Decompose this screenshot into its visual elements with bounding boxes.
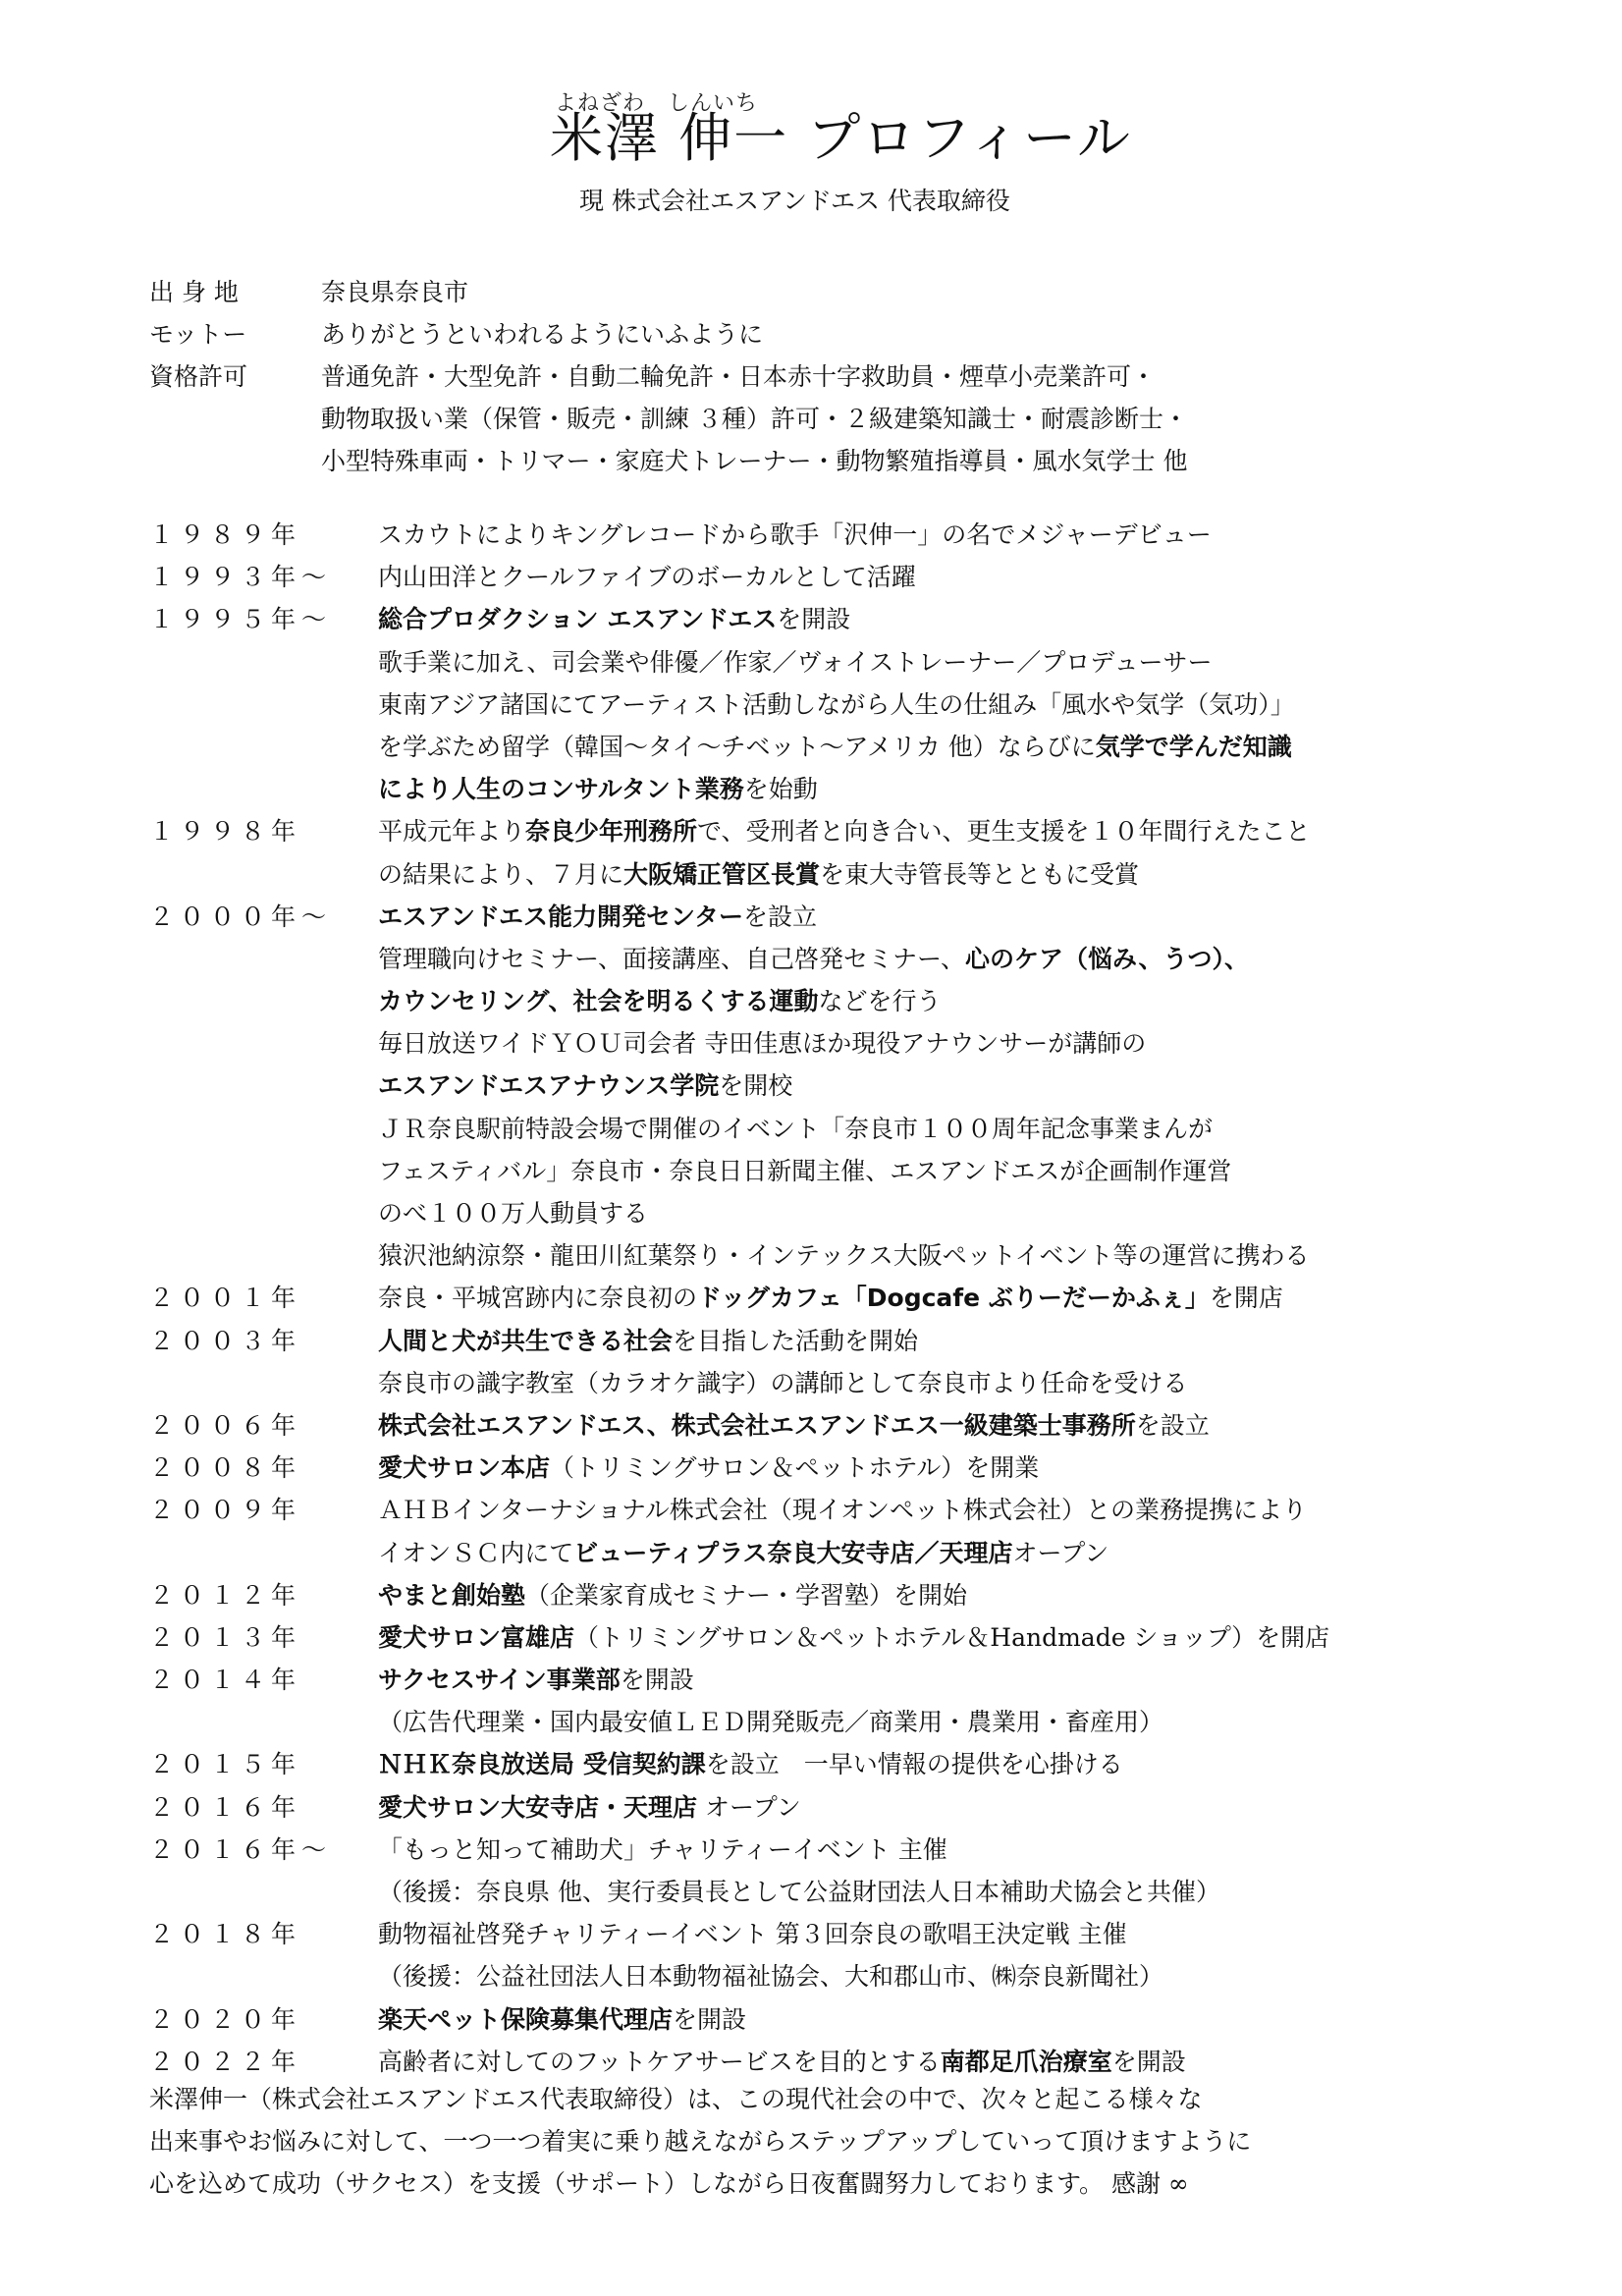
timeline-year: １９８９年	[149, 514, 378, 556]
body-text: を設立	[1136, 1411, 1210, 1440]
timeline-text: フェスティバル」奈良市・奈良日日新聞主催、エスアンドエスが企画制作運営	[378, 1150, 1231, 1192]
body-text: 東南アジア諸国にてアーティスト活動しながら人生の仕組み「風水や気学（気功）」	[378, 690, 1295, 719]
timeline-year	[149, 1871, 378, 1913]
timeline-row: ２００６年株式会社エスアンドエス、株式会社エスアンドエス一級建築士事務所を設立	[149, 1404, 1524, 1447]
timeline-row: のべ１００万人動員する	[149, 1192, 1524, 1234]
highlight-text: エスアンドエスアナウンス学院	[378, 1071, 719, 1100]
footer-line: 心を込めて成功（サクセス）を支援（サポート）しながら日夜奮闘努力しております。 …	[149, 2162, 1251, 2205]
body-text: を始動	[744, 775, 818, 803]
info-label	[149, 440, 321, 482]
body-text: 毎日放送ワイドＹＯＵ司会者 寺田佳恵ほか現役アナウンサーが講師の	[378, 1029, 1146, 1058]
timeline-year: １９９３年～	[149, 556, 378, 598]
body-text: のべ１００万人動員する	[378, 1199, 648, 1228]
timeline-text: 総合プロダクション エスアンドエスを開設	[378, 598, 850, 640]
highlight-text: により人生のコンサルタント業務	[378, 775, 744, 803]
body-text: を開設	[777, 605, 850, 633]
timeline-row: の結果により、７月に大阪矯正管区長賞を東大寺管長等とともに受賞	[149, 853, 1524, 896]
body-text: 奈良・平城宮跡内に奈良初の	[378, 1284, 697, 1312]
timeline-row: 歌手業に加え、司会業や俳優／作家／ヴォイストレーナー／プロデューサー	[149, 641, 1524, 683]
highlight-text: 愛犬サロン本店	[378, 1453, 550, 1482]
timeline-row: 東南アジア諸国にてアーティスト活動しながら人生の仕組み「風水や気学（気功）」	[149, 683, 1524, 726]
body-text: を設立	[743, 902, 817, 931]
timeline-text: イオンＳＣ内にてビューティプラス奈良大安寺店／天理店オープン	[378, 1532, 1108, 1574]
timeline-row: エスアンドエスアナウンス学院を開校	[149, 1065, 1524, 1107]
timeline-text: 奈良市の識字教室（カラオケ識字）の講師として奈良市より任命を受ける	[378, 1362, 1188, 1404]
body-text: （後援：公益社団法人日本動物福祉協会、大和郡山市、㈱奈良新聞社）	[378, 1962, 1163, 1991]
timeline-row: １９９５年～総合プロダクション エスアンドエスを開設	[149, 598, 1524, 640]
timeline-year: ２０１４年	[149, 1659, 378, 1701]
timeline-year	[149, 1065, 378, 1107]
highlight-text: やまと創始塾	[378, 1581, 525, 1610]
timeline-year: ２０１２年	[149, 1574, 378, 1616]
body-text: 歌手業に加え、司会業や俳優／作家／ヴォイストレーナー／プロデューサー	[378, 648, 1213, 677]
body-text: を東大寺管長等とともに受賞	[820, 860, 1139, 889]
timeline-text: 愛犬サロン富雄店（トリミングサロン＆ペットホテル＆Handmade ショップ）を…	[378, 1616, 1329, 1659]
timeline-text: の結果により、７月に大阪矯正管区長賞を東大寺管長等とともに受賞	[378, 853, 1139, 896]
body-text: （トリミングサロン＆ペットホテル）を開業	[550, 1453, 1039, 1482]
timeline-year	[149, 980, 378, 1022]
highlight-text: 気学で学んだ知識	[1096, 733, 1292, 761]
timeline-row: ２０２０年楽天ペット保険募集代理店を開設	[149, 1998, 1524, 2041]
timeline-row: ２０２２年高齢者に対してのフットケアサービスを目的とする南都足爪治療室を開設	[149, 2041, 1524, 2083]
timeline-row: ２００８年愛犬サロン本店（トリミングサロン＆ペットホテル）を開業	[149, 1447, 1524, 1489]
body-text: を開設	[621, 1666, 694, 1694]
timeline-text: やまと創始塾（企業家育成セミナー・学習塾）を開始	[378, 1574, 967, 1616]
body-text: 動物福祉啓発チャリティーイベント 第３回奈良の歌唱王決定戦 主催	[378, 1920, 1127, 1948]
body-text: ＡＨＢインターナショナル株式会社（現イオンペット株式会社）との業務提携により	[378, 1496, 1307, 1524]
body-text: オープン	[1013, 1539, 1109, 1567]
timeline-row: （広告代理業・国内最安値ＬＥＤ開発販売／商業用・農業用・畜産用）	[149, 1701, 1524, 1743]
timeline-year	[149, 1192, 378, 1234]
career-timeline: １９８９年スカウトによりキングレコードから歌手「沢伸一」の名でメジャーデビュー１…	[149, 514, 1524, 2083]
timeline-row: を学ぶため留学（韓国～タイ～チベット～アメリカ 他）ならびに気学で学んだ知識	[149, 726, 1524, 768]
timeline-row: （後援：公益社団法人日本動物福祉協会、大和郡山市、㈱奈良新聞社）	[149, 1955, 1524, 1997]
info-label	[149, 398, 321, 440]
body-text: ＪＲ奈良駅前特設会場で開催のイベント「奈良市１００周年記念事業まんが	[378, 1115, 1213, 1143]
footer-line: 出来事やお悩みに対して、一つ一つ着実に乗り越えながらステップアップしていって頂け…	[149, 2120, 1251, 2162]
timeline-row: ２０１４年サクセスサイン事業部を開設	[149, 1659, 1524, 1701]
timeline-text: サクセスサイン事業部を開設	[378, 1659, 694, 1701]
body-text: を開設	[673, 2005, 746, 2034]
body-text: 管理職向けセミナー、面接講座、自己啓発セミナー、	[378, 945, 965, 973]
body-text: フェスティバル」奈良市・奈良日日新聞主催、エスアンドエスが企画制作運営	[378, 1157, 1231, 1185]
info-row: 動物取扱い業（保管・販売・訓練 ３種）許可・２級建築知識士・耐震診断士・	[149, 398, 1188, 440]
info-value: 小型特殊車両・トリマー・家庭犬トレーナー・動物繁殖指導員・風水気学士 他	[321, 440, 1187, 482]
info-row: モットーありがとうといわれるようにいふように	[149, 313, 1188, 355]
highlight-text: カウンセリング、社会を明るくする運動	[378, 987, 819, 1015]
timeline-text: を学ぶため留学（韓国～タイ～チベット～アメリカ 他）ならびに気学で学んだ知識	[378, 726, 1292, 768]
timeline-text: 愛犬サロン本店（トリミングサロン＆ペットホテル）を開業	[378, 1447, 1039, 1489]
timeline-text: 楽天ペット保険募集代理店を開設	[378, 1998, 746, 2041]
timeline-row: １９９３年～内山田洋とクールファイブのボーカルとして活躍	[149, 556, 1524, 598]
timeline-text: カウンセリング、社会を明るくする運動などを行う	[378, 980, 942, 1022]
info-value: 動物取扱い業（保管・販売・訓練 ３種）許可・２級建築知識士・耐震診断士・	[321, 398, 1188, 440]
body-text: イオンＳＣ内にて	[378, 1539, 573, 1567]
timeline-row: １９８９年スカウトによりキングレコードから歌手「沢伸一」の名でメジャーデビュー	[149, 514, 1524, 556]
info-row: 小型特殊車両・トリマー・家庭犬トレーナー・動物繁殖指導員・風水気学士 他	[149, 440, 1188, 482]
timeline-row: ２０１６年愛犬サロン大安寺店・天理店 オープン	[149, 1786, 1524, 1829]
timeline-year	[149, 1532, 378, 1574]
highlight-text: ビューティプラス奈良大安寺店／天理店	[573, 1539, 1012, 1567]
timeline-year: ２００６年	[149, 1404, 378, 1447]
highlight-text: ドッグカフェ「Dogcafe ぶりーだーかふぇ」	[697, 1284, 1210, 1312]
info-row: 出 身 地奈良県奈良市	[149, 271, 1188, 313]
profile-document: よねざわ しんいち 米澤 伸一 プロフィール 現 株式会社エスアンドエス 代表取…	[0, 0, 1622, 2296]
timeline-text: ＡＨＢインターナショナル株式会社（現イオンペット株式会社）との業務提携により	[378, 1489, 1307, 1531]
timeline-text: のべ１００万人動員する	[378, 1192, 648, 1234]
timeline-row: 管理職向けセミナー、面接講座、自己啓発セミナー、心のケア（悩み、うつ）、	[149, 938, 1524, 980]
timeline-year: １９９５年～	[149, 598, 378, 640]
highlight-text: ＮＨＫ奈良放送局 受信契約課	[378, 1750, 706, 1778]
timeline-row: ２０１８年動物福祉啓発チャリティーイベント 第３回奈良の歌唱王決定戦 主催	[149, 1913, 1524, 1955]
timeline-text: ＮＨＫ奈良放送局 受信契約課を設立 一早い情報の提供を心掛ける	[378, 1743, 1123, 1785]
highlight-text: 奈良少年刑務所	[525, 817, 697, 846]
body-text: 猿沢池納涼祭・龍田川紅葉祭り・インテックス大阪ペットイベント等の運営に携わる	[378, 1241, 1310, 1270]
timeline-text: 歌手業に加え、司会業や俳優／作家／ヴォイストレーナー／プロデューサー	[378, 641, 1213, 683]
timeline-text: エスアンドエスアナウンス学院を開校	[378, 1065, 792, 1107]
current-position: 現 株式会社エスアンドエス 代表取締役	[579, 185, 1010, 218]
body-text: を開設	[1112, 2048, 1186, 2076]
timeline-year: ２０１５年	[149, 1743, 378, 1785]
timeline-year: ２００３年	[149, 1320, 378, 1362]
highlight-text: 人間と犬が共生できる社会	[378, 1327, 673, 1355]
highlight-text: 株式会社エスアンドエス、株式会社エスアンドエス一級建築士事務所	[378, 1411, 1136, 1440]
timeline-text: 高齢者に対してのフットケアサービスを目的とする南都足爪治療室を開設	[378, 2041, 1186, 2083]
timeline-text: （後援：公益社団法人日本動物福祉協会、大和郡山市、㈱奈良新聞社）	[378, 1955, 1163, 1997]
timeline-row: ２０１６年～「もっと知って補助犬」チャリティーイベント 主催	[149, 1829, 1524, 1871]
closing-statement: 米澤伸一（株式会社エスアンドエス代表取締役）は、この現代社会の中で、次々と起こる…	[149, 2078, 1251, 2205]
info-label: モットー	[149, 313, 321, 355]
info-label: 資格許可	[149, 355, 321, 398]
timeline-text: ＪＲ奈良駅前特設会場で開催のイベント「奈良市１００周年記念事業まんが	[378, 1108, 1213, 1150]
timeline-year	[149, 1022, 378, 1065]
timeline-year: ２０１６年	[149, 1786, 378, 1829]
timeline-row: ２０１３年愛犬サロン富雄店（トリミングサロン＆ペットホテル＆Handmade シ…	[149, 1616, 1524, 1659]
highlight-text: 愛犬サロン富雄店	[378, 1623, 574, 1652]
timeline-year	[149, 853, 378, 896]
body-text: を目指した活動を開始	[673, 1327, 918, 1355]
info-value: ありがとうといわれるようにいふように	[321, 313, 763, 355]
body-text: を設立 一早い情報の提供を心掛ける	[706, 1750, 1123, 1778]
timeline-row: 奈良市の識字教室（カラオケ識字）の講師として奈良市より任命を受ける	[149, 1362, 1524, 1404]
timeline-year: ２０２０年	[149, 1998, 378, 2041]
highlight-text: サクセスサイン事業部	[378, 1666, 621, 1694]
timeline-year	[149, 1362, 378, 1404]
timeline-text: （広告代理業・国内最安値ＬＥＤ開発販売／商業用・農業用・畜産用）	[378, 1701, 1163, 1743]
timeline-text: 株式会社エスアンドエス、株式会社エスアンドエス一級建築士事務所を設立	[378, 1404, 1210, 1447]
info-value: 普通免許・大型免許・自動二輪免許・日本赤十字救助員・煙草小売業許可・	[321, 355, 1156, 398]
timeline-year: ２０１６年～	[149, 1829, 378, 1871]
timeline-row: ２００１年奈良・平城宮跡内に奈良初のドッグカフェ「Dogcafe ぶりーだーかふ…	[149, 1277, 1524, 1319]
body-text: （後援：奈良県 他、実行委員長として公益財団法人日本補助犬協会と共催）	[378, 1878, 1220, 1906]
timeline-year: １９９８年	[149, 810, 378, 852]
timeline-year	[149, 1234, 378, 1277]
timeline-text: 「もっと知って補助犬」チャリティーイベント 主催	[378, 1829, 947, 1871]
highlight-text: エスアンドエス能力開発センター	[378, 902, 743, 931]
timeline-text: 東南アジア諸国にてアーティスト活動しながら人生の仕組み「風水や気学（気功）」	[378, 683, 1295, 726]
timeline-row: （後援：奈良県 他、実行委員長として公益財団法人日本補助犬協会と共催）	[149, 1871, 1524, 1913]
highlight-text: 楽天ペット保険募集代理店	[378, 2005, 673, 2034]
timeline-year	[149, 1955, 378, 1997]
timeline-year	[149, 1150, 378, 1192]
timeline-row: ２０１２年やまと創始塾（企業家育成セミナー・学習塾）を開始	[149, 1574, 1524, 1616]
timeline-text: 猿沢池納涼祭・龍田川紅葉祭り・インテックス大阪ペットイベント等の運営に携わる	[378, 1234, 1310, 1277]
info-row: 資格許可普通免許・大型免許・自動二輪免許・日本赤十字救助員・煙草小売業許可・	[149, 355, 1188, 398]
timeline-text: 内山田洋とクールファイブのボーカルとして活躍	[378, 556, 916, 598]
highlight-text: 総合プロダクション エスアンドエス	[378, 605, 777, 633]
timeline-text: 愛犬サロン大安寺店・天理店 オープン	[378, 1786, 801, 1829]
highlight-text: 大阪矯正管区長賞	[623, 860, 820, 889]
timeline-year	[149, 768, 378, 810]
timeline-text: により人生のコンサルタント業務を始動	[378, 768, 818, 810]
timeline-text: 毎日放送ワイドＹＯＵ司会者 寺田佳恵ほか現役アナウンサーが講師の	[378, 1022, 1146, 1065]
body-text: で、受刑者と向き合い、更生支援を１０年間行えたこと	[697, 817, 1311, 846]
personal-info: 出 身 地奈良県奈良市モットーありがとうといわれるようにいふように資格許可普通免…	[149, 271, 1188, 482]
body-text: オープン	[697, 1793, 801, 1822]
body-text: （トリミングサロン＆ペットホテル＆Handmade ショップ）を開店	[574, 1623, 1329, 1652]
highlight-text: 心のケア（悩み、うつ）、	[965, 945, 1249, 973]
timeline-text: 奈良・平城宮跡内に奈良初のドッグカフェ「Dogcafe ぶりーだーかふぇ」を開店	[378, 1277, 1283, 1319]
timeline-year	[149, 683, 378, 726]
timeline-year	[149, 641, 378, 683]
highlight-text: 南都足爪治療室	[941, 2048, 1112, 2076]
body-text: の結果により、７月に	[378, 860, 623, 889]
body-text: 奈良市の識字教室（カラオケ識字）の講師として奈良市より任命を受ける	[378, 1369, 1188, 1397]
timeline-year: ２００９年	[149, 1489, 378, 1531]
timeline-year: ２０２２年	[149, 2041, 378, 2083]
timeline-row: フェスティバル」奈良市・奈良日日新聞主催、エスアンドエスが企画制作運営	[149, 1150, 1524, 1192]
info-value: 奈良県奈良市	[321, 271, 468, 313]
timeline-row: ＪＲ奈良駅前特設会場で開催のイベント「奈良市１００周年記念事業まんが	[149, 1108, 1524, 1150]
timeline-row: 猿沢池納涼祭・龍田川紅葉祭り・インテックス大阪ペットイベント等の運営に携わる	[149, 1234, 1524, 1277]
body-text: 高齢者に対してのフットケアサービスを目的とする	[378, 2048, 941, 2076]
page-title: 米澤 伸一 プロフィール	[550, 106, 1132, 171]
timeline-row: 毎日放送ワイドＹＯＵ司会者 寺田佳恵ほか現役アナウンサーが講師の	[149, 1022, 1524, 1065]
body-text: を開店	[1210, 1284, 1283, 1312]
timeline-text: 動物福祉啓発チャリティーイベント 第３回奈良の歌唱王決定戦 主催	[378, 1913, 1127, 1955]
info-label: 出 身 地	[149, 271, 321, 313]
timeline-year: ２０１８年	[149, 1913, 378, 1955]
timeline-text: 人間と犬が共生できる社会を目指した活動を開始	[378, 1320, 918, 1362]
body-text: などを行う	[819, 987, 942, 1015]
timeline-row: により人生のコンサルタント業務を始動	[149, 768, 1524, 810]
timeline-year: ２００１年	[149, 1277, 378, 1319]
timeline-text: （後援：奈良県 他、実行委員長として公益財団法人日本補助犬協会と共催）	[378, 1871, 1220, 1913]
timeline-row: イオンＳＣ内にてビューティプラス奈良大安寺店／天理店オープン	[149, 1532, 1524, 1574]
timeline-text: エスアンドエス能力開発センターを設立	[378, 896, 817, 938]
timeline-row: ２０００年～エスアンドエス能力開発センターを設立	[149, 896, 1524, 938]
timeline-row: カウンセリング、社会を明るくする運動などを行う	[149, 980, 1524, 1022]
timeline-year: ２０００年～	[149, 896, 378, 938]
body-text: 「もっと知って補助犬」チャリティーイベント 主催	[378, 1835, 947, 1864]
timeline-row: １９９８年平成元年より奈良少年刑務所で、受刑者と向き合い、更生支援を１０年間行え…	[149, 810, 1524, 852]
timeline-text: 管理職向けセミナー、面接講座、自己啓発セミナー、心のケア（悩み、うつ）、	[378, 938, 1249, 980]
body-text: 内山田洋とクールファイブのボーカルとして活躍	[378, 563, 916, 591]
timeline-year	[149, 938, 378, 980]
body-text: を学ぶため留学（韓国～タイ～チベット～アメリカ 他）ならびに	[378, 733, 1096, 761]
body-text: 平成元年より	[378, 817, 525, 846]
footer-line: 米澤伸一（株式会社エスアンドエス代表取締役）は、この現代社会の中で、次々と起こる…	[149, 2078, 1251, 2120]
timeline-row: ２００３年人間と犬が共生できる社会を目指した活動を開始	[149, 1320, 1524, 1362]
timeline-year	[149, 1108, 378, 1150]
timeline-text: スカウトによりキングレコードから歌手「沢伸一」の名でメジャーデビュー	[378, 514, 1212, 556]
timeline-text: 平成元年より奈良少年刑務所で、受刑者と向き合い、更生支援を１０年間行えたこと	[378, 810, 1311, 852]
timeline-row: ２０１５年ＮＨＫ奈良放送局 受信契約課を設立 一早い情報の提供を心掛ける	[149, 1743, 1524, 1785]
timeline-row: ２００９年ＡＨＢインターナショナル株式会社（現イオンペット株式会社）との業務提携…	[149, 1489, 1524, 1531]
timeline-year	[149, 1701, 378, 1743]
body-text: （企業家育成セミナー・学習塾）を開始	[525, 1581, 967, 1610]
timeline-year: ２００８年	[149, 1447, 378, 1489]
timeline-year: ２０１３年	[149, 1616, 378, 1659]
body-text: （広告代理業・国内最安値ＬＥＤ開発販売／商業用・農業用・畜産用）	[378, 1708, 1163, 1736]
timeline-year	[149, 726, 378, 768]
body-text: を開校	[719, 1071, 792, 1100]
body-text: スカウトによりキングレコードから歌手「沢伸一」の名でメジャーデビュー	[378, 520, 1212, 549]
highlight-text: 愛犬サロン大安寺店・天理店	[378, 1793, 697, 1822]
